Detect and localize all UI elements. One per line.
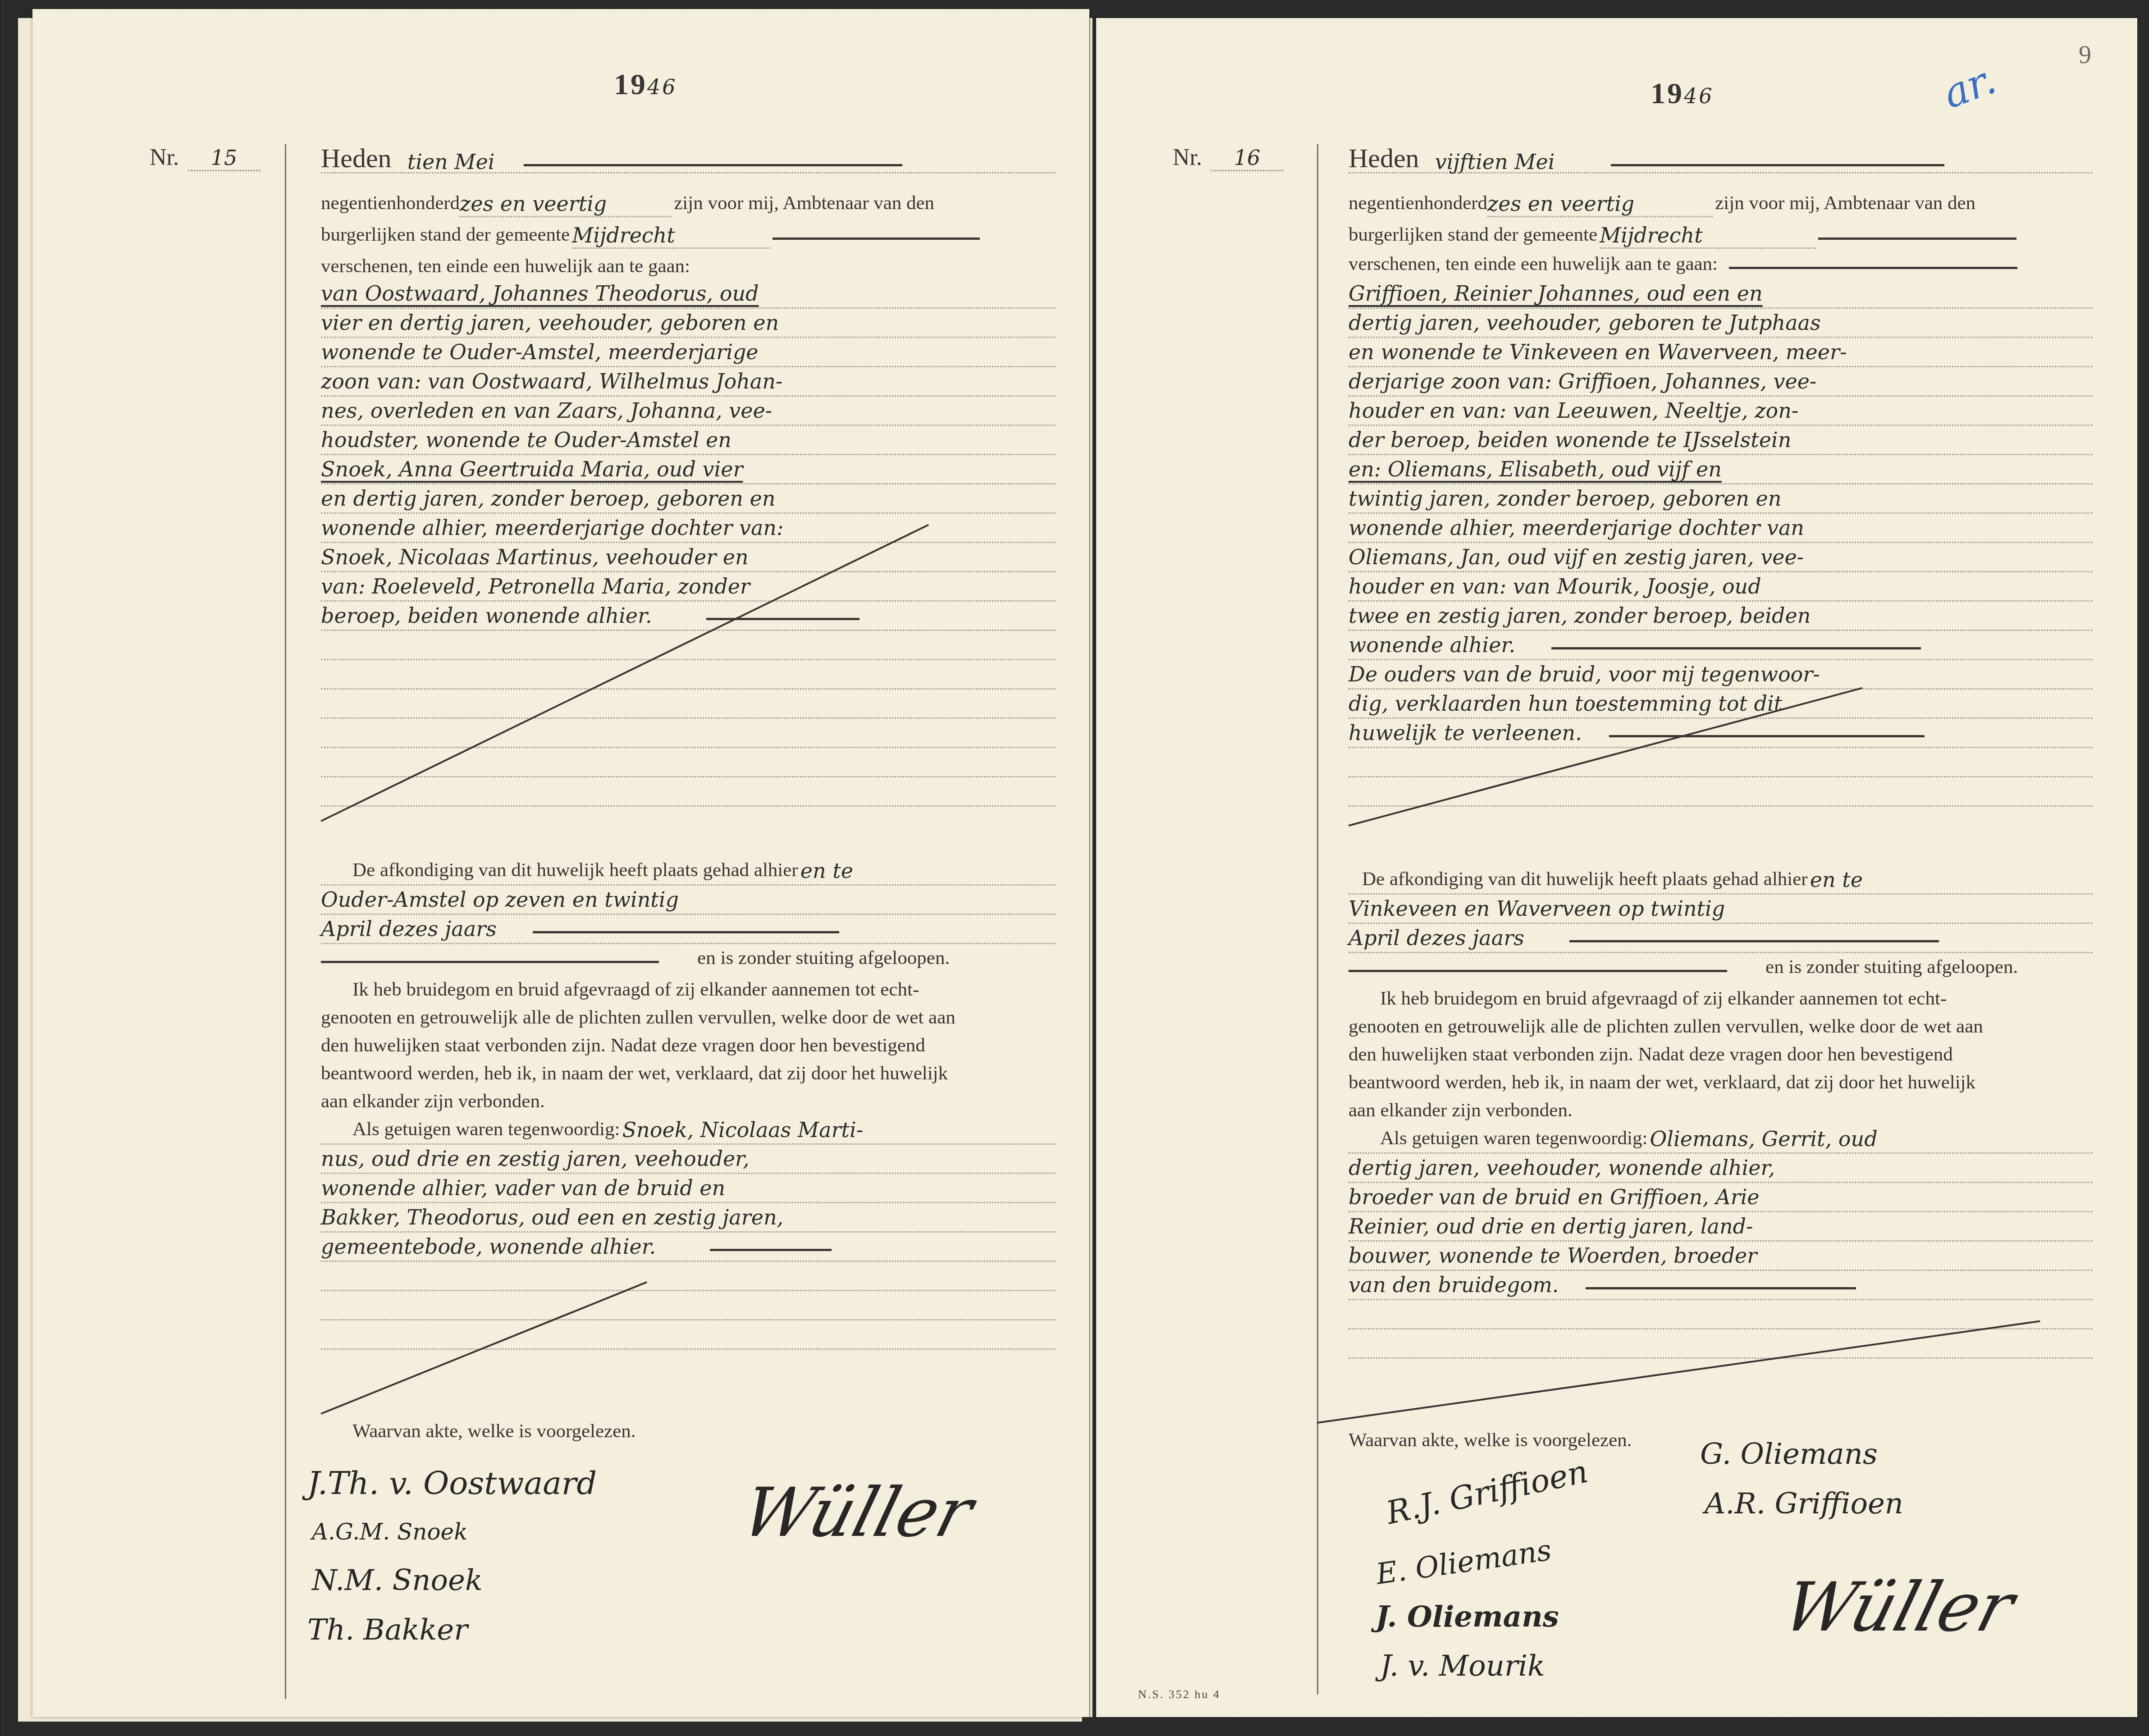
margin-rule (285, 144, 286, 1699)
blue-ink-mark: ar. (1937, 55, 2002, 118)
year-heading: 1946 (1651, 77, 1714, 111)
parties-text: Griffioen, Reinier Johannes, oud een en … (1349, 279, 2092, 807)
parties-text: van Oostwaard, Johannes Theodorus, oud v… (321, 279, 1056, 807)
right-page: 9 ar. 1946 Nr.16 Heden vijftien Mei nege… (1096, 18, 2137, 1717)
signature-official: Wüller (1775, 1568, 2022, 1647)
waarvan-label: Waarvan akte, welke is voorgelezen. (1349, 1426, 1632, 1454)
heden-line: Heden tien Mei (321, 144, 1056, 174)
gemeente-line: burgerlijken stand der gemeente Mijdrech… (321, 221, 1056, 249)
signature-witness-1: J. Oliemans (1376, 1600, 1559, 1634)
register-form-code: N.S. 352 hu 4 (1138, 1688, 1221, 1701)
book-gutter (1090, 18, 1093, 1717)
year-heading: 1946 (614, 68, 677, 102)
signature-bride: E. Oliemans (1374, 1534, 1554, 1591)
heden-line: Heden vijftien Mei (1349, 144, 2092, 174)
page-number: 9 (2079, 41, 2091, 69)
act-number: Nr.15 (150, 144, 260, 171)
verschenen-label: verschenen, ten einde een huwelijk aan t… (321, 252, 690, 280)
afkondiging-block: De afkondiging van dit huwelijk heeft pl… (1349, 865, 2092, 1359)
left-page: 1946 Nr.15 Heden tien Mei negentienhonde… (32, 9, 1089, 1717)
waarvan-label: Waarvan akte, welke is voorgelezen. (352, 1417, 636, 1445)
signature-witness-2: J. v. Mourik (1380, 1649, 1545, 1683)
signature-witness-3: G. Oliemans (1700, 1438, 1878, 1471)
act-number: Nr.16 (1173, 144, 1283, 171)
signature-groom: R.J. Griffioen (1383, 1453, 1591, 1532)
signature-groom: J.Th. v. Oostwaard (307, 1465, 597, 1502)
signature-witness-1: N.M. Snoek (312, 1564, 483, 1597)
signature-witness-4: A.R. Griffioen (1705, 1487, 1903, 1521)
year-line: negentienhonderdzes en veertig zijn voor… (1349, 189, 2092, 217)
gemeente-line: burgerlijken stand der gemeente Mijdrech… (1349, 221, 2092, 249)
signature-official: Wüller (734, 1474, 981, 1552)
year-line: negentienhonderdzes en veertig zijn voor… (321, 189, 1056, 217)
signature-bride: A.G.M. Snoek (312, 1519, 467, 1545)
verschenen-line: verschenen, ten einde een huwelijk aan t… (1349, 250, 2017, 278)
signature-witness-2: Th. Bakker (307, 1613, 468, 1647)
afkondiging-block: De afkondiging van dit huwelijk heeft pl… (321, 856, 1056, 1350)
margin-rule (1317, 144, 1318, 1695)
